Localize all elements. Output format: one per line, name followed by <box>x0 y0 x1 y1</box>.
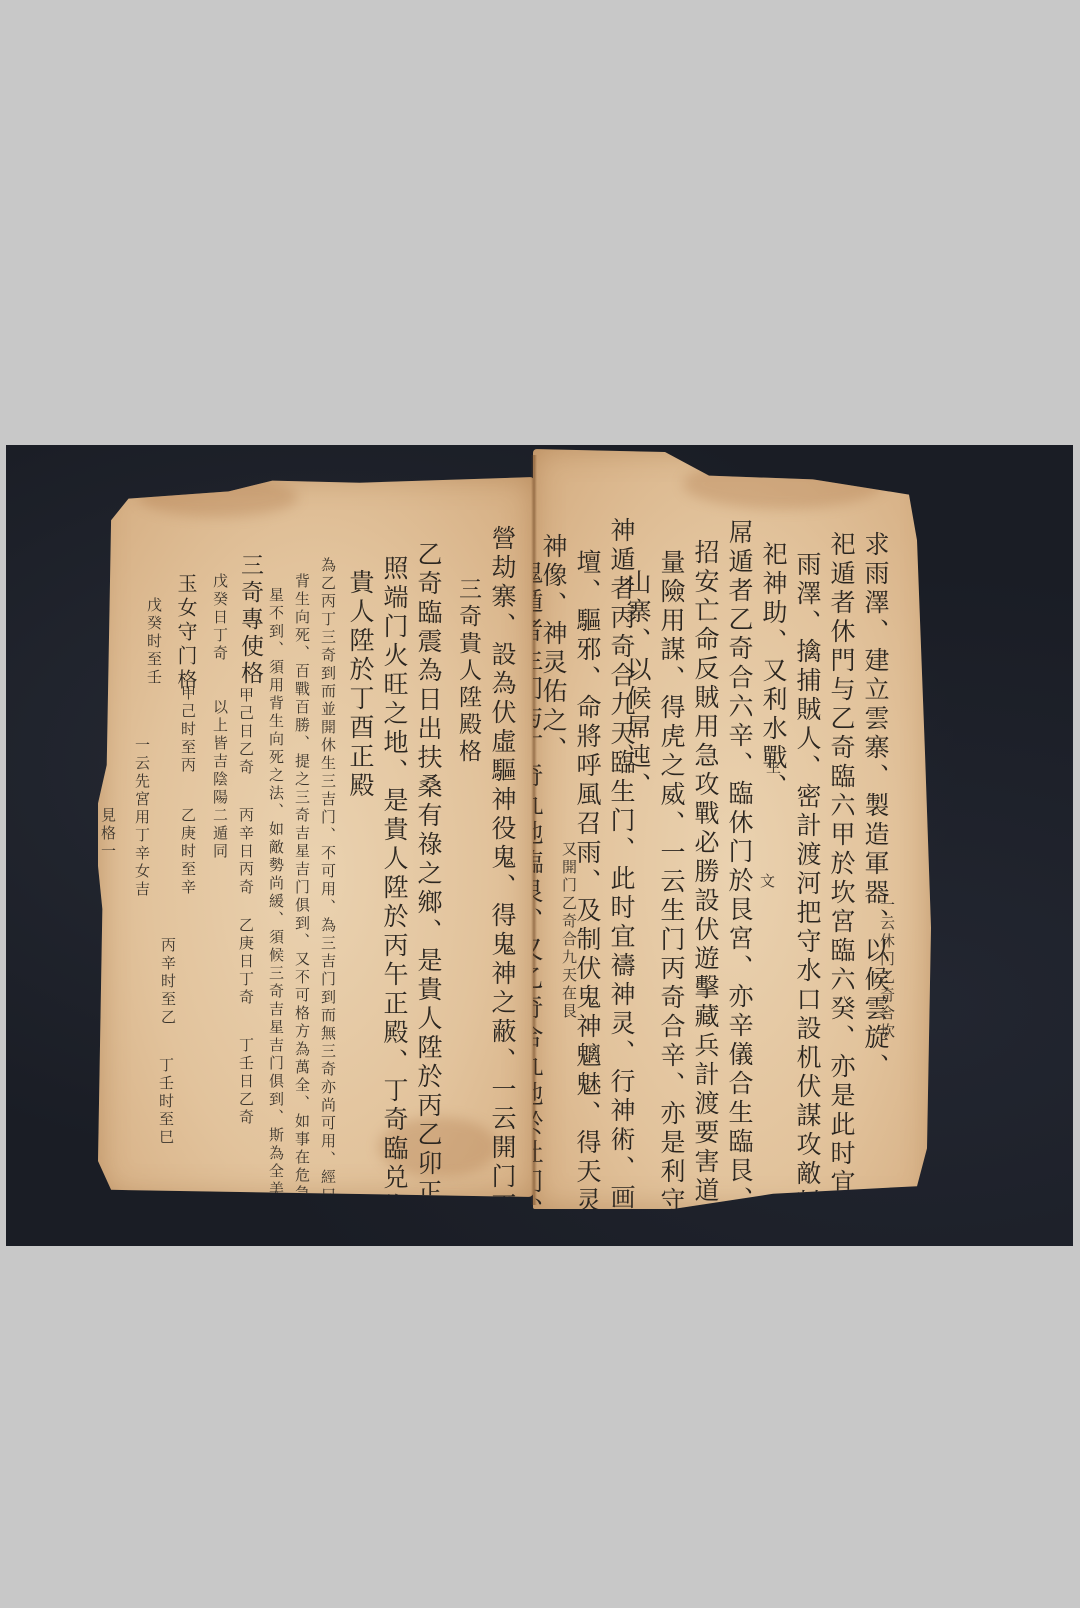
text-column: 丙辛日丙奇 <box>238 807 253 897</box>
annotation: 生 <box>765 759 780 777</box>
text-column: 量險用謀、得虎之威、一云生门丙奇合辛、亦是利守禦宜建立 <box>659 549 684 1246</box>
text-column: 甲己日乙奇 <box>238 687 253 777</box>
water-stain <box>138 477 298 517</box>
left-page: 營劫寨、設為伏虛驅神役鬼、得鬼神之蔽、一云開门丁奇合九地亦是鬼遁 三奇貴人陞殿格… <box>98 477 534 1197</box>
text-column: 一云先宮用丁辛女吉 <box>134 737 149 899</box>
edge-fragment: 見格一 <box>100 807 115 861</box>
text-column: 以上皆吉陰陽二遁同 <box>212 699 227 861</box>
annotation: 文 <box>759 873 774 891</box>
text-column: 神遁者丙奇合九天臨生门、此时宜禱神灵、行神術、画地布等步罡踏 <box>609 517 634 1246</box>
text-column: 乙庚日丁奇 <box>238 917 253 1007</box>
text-column: 乙奇臨震為日出扶桑有祿之鄉、是貴人陞於丙乙卯正殿、丙奇到离為月 <box>416 541 441 1246</box>
annotation: 一云休门乙奇合坎 <box>879 897 894 1041</box>
text-column: 雨澤、擒捕賊人、密計渡河把守水口設机伏謀攻敵料量水面肖 <box>795 551 820 1246</box>
section-heading: 三奇貴人陞殿格 <box>456 577 479 766</box>
annotation: 又開门乙奇合九天在艮 <box>561 841 576 1021</box>
text-column: 貴人陞於丁酉正殿 <box>348 569 373 801</box>
text-column: 祀遁者休門与乙奇臨六甲於坎宮臨六癸、亦是此时宜祭祀神、祈求 <box>829 531 854 1246</box>
text-column: 甲己时至丙 <box>180 685 195 775</box>
text-column: 背生向死、百戰百勝、提之三奇吉星吉门俱到、又不可格方為萬全、如事在危急諒 <box>294 573 309 1221</box>
text-column: 戊癸时至壬 <box>146 597 161 687</box>
section-heading: 玉女守门格 <box>176 573 196 693</box>
right-page: 求雨澤、建立雲寨、製造軍器、以候雲旋、 祀遁者休門与乙奇臨六甲於坎宮臨六癸、亦是… <box>533 449 933 1209</box>
book-spine-gutter <box>531 455 537 1205</box>
text-column: 丙辛时至乙 <box>160 937 175 1027</box>
book-photo: 營劫寨、設為伏虛驅神役鬼、得鬼神之蔽、一云開门丁奇合九地亦是鬼遁 三奇貴人陞殿格… <box>6 445 1073 1246</box>
text-column: 丁壬日乙奇 <box>238 1037 253 1127</box>
text-column: 屌遁者乙奇合六辛、臨休门於艮宮、亦辛儀合生臨艮、亦是此时宜 <box>727 519 752 1246</box>
text-column: 戊癸日丁奇 <box>212 573 227 663</box>
text-column: 壇、驅邪、命將呼風召雨、及制伏鬼神魑魅、得天灵而神之蔽、一云修塑 <box>575 549 600 1246</box>
text-column: 乙庚时至辛 <box>180 807 195 897</box>
text-column: 照端门火旺之地、是貴人陞於丙午正殿、丁奇臨兑為丁見西方天之神儀、是 <box>382 555 407 1246</box>
text-column: 神像、神灵佑之、 <box>541 533 566 765</box>
text-column: 為乙丙丁三奇到而並開休生三吉门、不可用、為三吉门到而無三奇亦尚可用、經曰 <box>320 557 335 1205</box>
section-heading: 三奇專使格 <box>238 553 261 688</box>
text-column: 丁壬时至巳 <box>158 1057 173 1147</box>
text-column: 營劫寨、設為伏虛驅神役鬼、得鬼神之蔽、一云開门丁奇合九地亦是鬼遁 <box>490 525 515 1246</box>
text-column: 招安亡命反賊用急攻戰必勝設伏遊擊藏兵計渡要害道路、 <box>693 539 718 1246</box>
water-stain <box>683 459 883 509</box>
text-column: 星不到、須用背生向死之法、如敵勢尚緩、須候三奇吉星吉门俱到、斯為全美、 <box>268 587 283 1217</box>
